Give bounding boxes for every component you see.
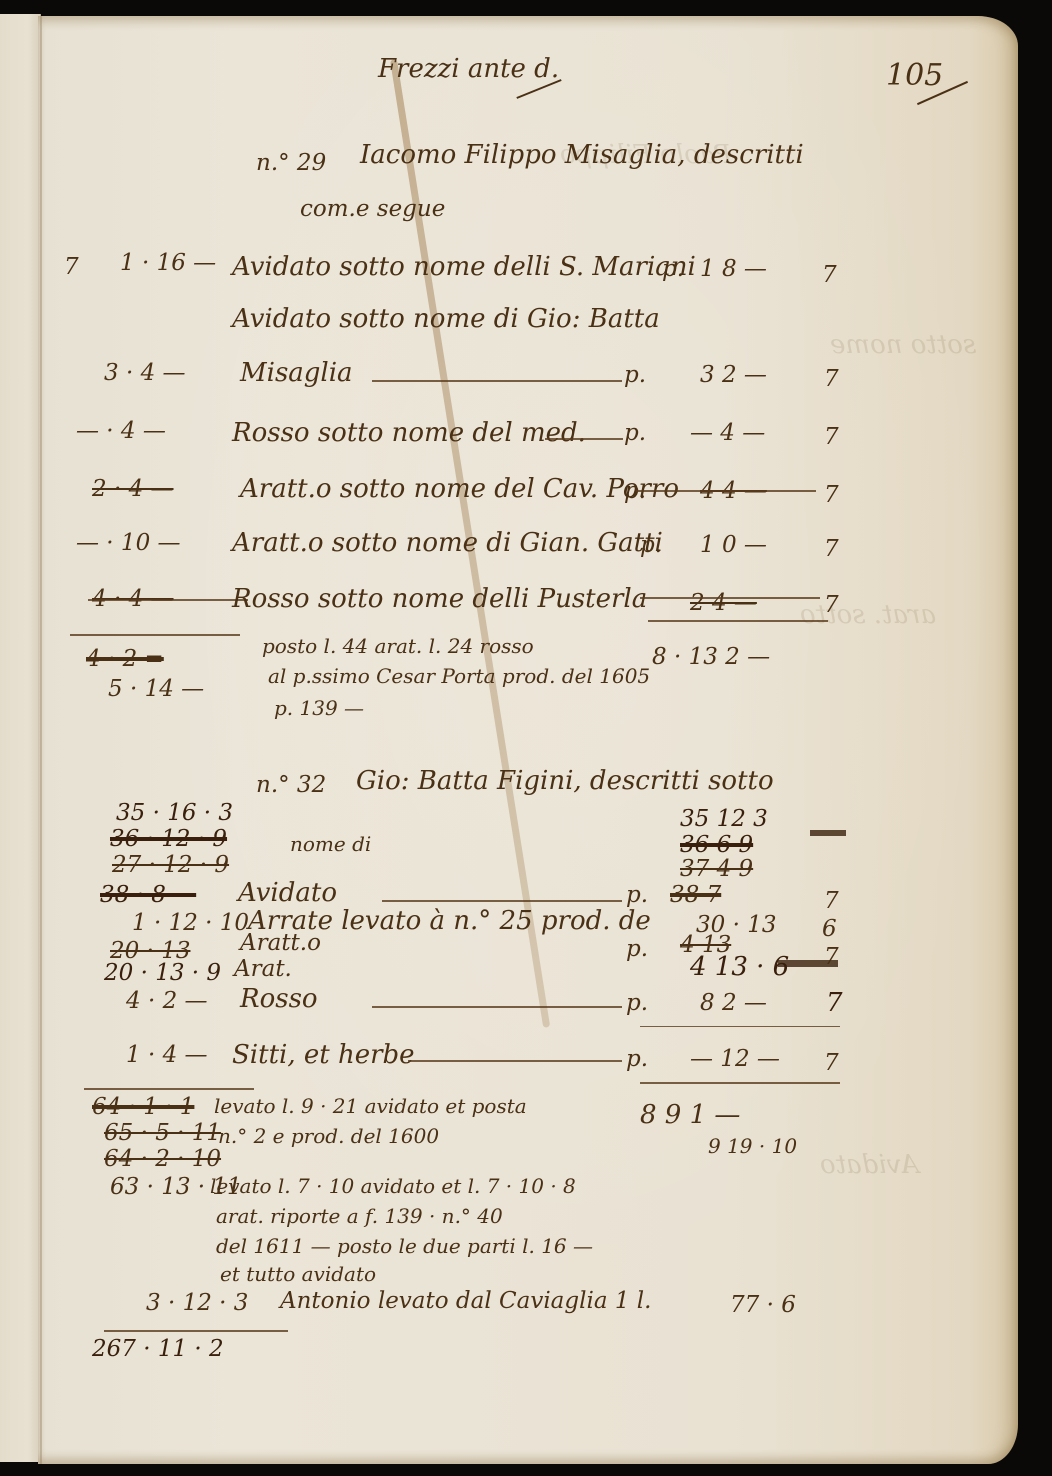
note-line: n.° 2 e prod. del 1600 (218, 1124, 439, 1148)
running-total-struck: 37 4 9 (680, 856, 753, 882)
right-amount: 77 · 6 (730, 1292, 796, 1318)
strike-rule (636, 490, 816, 492)
line-description: Antonio levato dal Caviaglia 1 l. (280, 1288, 651, 1314)
fill-rule (545, 438, 623, 440)
page-ref: p. (624, 362, 646, 388)
right-amount: — 12 — (690, 1046, 780, 1072)
account-holder: Iacomo Filippo Misaglia, descritti (360, 140, 804, 170)
running-total: 35 12 3 (680, 806, 768, 832)
bleed-through-text: Avidato (820, 1150, 919, 1180)
strike-rule (640, 597, 820, 599)
page-ref: p. (626, 990, 648, 1016)
line-description: Rosso sotto nome del med. (232, 418, 586, 448)
note-line: levato l. 9 · 21 avidato et posta (214, 1094, 527, 1118)
line-description: Avidato (238, 878, 337, 908)
account-subtitle: nome di (290, 832, 371, 856)
left-amount: 3 · 12 · 3 (146, 1290, 248, 1316)
tick-mark: 7 (824, 592, 839, 618)
total-rule (640, 1026, 840, 1027)
tick-mark: 7 (824, 424, 839, 450)
fill-rule (372, 380, 622, 382)
right-amount: 4 13 · 6 (690, 952, 789, 982)
line-description: Avidato sotto nome delli S. Mariani (232, 252, 696, 282)
fill-rule (408, 1060, 622, 1062)
subtotal-struck: 4 · 2 = (86, 646, 164, 672)
fill-rule (382, 900, 622, 902)
left-amount: 1 · 4 — (126, 1042, 208, 1068)
levato-amount: 8 9 1 — (640, 1100, 740, 1130)
page-ref: p. (626, 1046, 648, 1072)
tick-mark: 7 (824, 944, 839, 970)
left-amount: — · 10 — (76, 530, 181, 556)
left-amount: — · 4 — (76, 418, 166, 444)
levato-amount-2: 9 19 · 10 (708, 1134, 797, 1158)
tick-mark: 7 (824, 366, 839, 392)
right-amount: 8 2 — (700, 990, 767, 1016)
line-description: Rosso (240, 984, 318, 1014)
page-ref: p. (640, 532, 662, 558)
left-amount: 1 · 12 · 10 (132, 910, 249, 936)
left-amount: 3 · 4 — (104, 360, 186, 386)
line-description: Misaglia (240, 358, 353, 388)
margin-mark: 7 (64, 254, 79, 280)
tick-mark: 7 (824, 482, 839, 508)
left-amount: 4 · 2 — (126, 988, 208, 1014)
left-amount: 1 · 16 — (120, 250, 216, 276)
tick-mark: 7 (824, 536, 839, 562)
right-amount: 1 0 — (700, 532, 767, 558)
account-number: n.° 32 (256, 772, 326, 798)
account-holder: Gio: Batta Figini, descritti sotto (356, 766, 774, 796)
bleed-through-text: sotto nome (830, 330, 976, 360)
line-description: Aratt.o sotto nome di Gian. Gatti (232, 528, 663, 558)
note-line: et tutto avidato (220, 1262, 376, 1286)
previous-page-edge (0, 14, 41, 1462)
note-line: arat. riporte a f. 139 · n.° 40 (216, 1204, 503, 1228)
total-rule (104, 1330, 288, 1332)
total-rule (640, 1082, 840, 1084)
right-amount: 3 2 — (700, 362, 767, 388)
running-total-struck: 36 · 12 · 9 (110, 826, 227, 852)
line-description: Aratt.o (240, 930, 321, 956)
right-amount: — 4 — (690, 420, 765, 446)
total-rule (70, 634, 240, 636)
note-line: al p.ssimo Cesar Porta prod. del 1605 (268, 664, 650, 688)
note-line: levato l. 7 · 10 avidato et l. 7 · 10 · … (210, 1174, 576, 1198)
note-amount: 8 · 13 2 — (652, 644, 770, 670)
right-amount: 1 8 — (700, 256, 767, 282)
sub-left-struck: 65 · 5 · 11 (104, 1120, 221, 1146)
running-total: 35 · 16 · 3 (116, 800, 233, 826)
folio-number: 105 (886, 58, 943, 93)
account-subtitle: com.e segue (300, 196, 445, 222)
tick-mark: 7 (824, 1050, 839, 1076)
note-line: posto l. 44 arat. l. 24 rosso (262, 634, 534, 658)
running-total-struck: 27 · 12 · 9 (112, 852, 229, 878)
page-ref: p. (626, 882, 648, 908)
running-total-struck: 36 6 9 (680, 832, 753, 858)
page-ref: p. (662, 256, 684, 282)
note-line: del 1611 — posto le due parti l. 16 — (216, 1234, 593, 1258)
fill-rule (372, 1006, 622, 1008)
tick-mark: 7 (826, 988, 843, 1018)
account-number: n.° 29 (256, 150, 326, 176)
page-ref: p. (624, 420, 646, 446)
right-amount: 2 4 — (690, 590, 757, 616)
tick-mark: 6 (822, 916, 837, 942)
line-description: Avidato sotto nome di Gio: Batta (232, 304, 660, 334)
subtotal: 5 · 14 — (108, 676, 204, 702)
grand-total: 267 · 11 · 2 (92, 1336, 224, 1362)
left-amount: 2 · 4 — (92, 476, 174, 502)
right-amount: 38 7 (670, 882, 721, 908)
left-amount: 20 · 13 · 9 (104, 960, 221, 986)
sub-left-struck: 64 · 2 · 10 (104, 1146, 221, 1172)
tick-mark: 7 (824, 888, 839, 914)
page-ref: p. (626, 936, 648, 962)
strike-rule (88, 599, 248, 601)
line-description: Rosso sotto nome delli Pusterla (232, 584, 647, 614)
left-amount: 38 · 8 — (100, 882, 196, 908)
total-rule (648, 620, 828, 622)
binding-gutter (40, 16, 42, 1464)
line-description: Sitti, et herbe (232, 1040, 415, 1070)
page-heading: Frezzi ante d. (378, 54, 559, 84)
note-line: p. 139 — (274, 696, 364, 720)
ink-mark (810, 830, 846, 836)
total-rule (84, 1088, 254, 1090)
sub-left-struck: 64 · 1 · 1 (92, 1094, 194, 1120)
tick-mark: 7 (822, 262, 837, 288)
line-description: Arat. (234, 956, 292, 982)
bleed-through-text: arat. sotto (800, 600, 936, 630)
line-description: Aratt.o sotto nome del Cav. Porro (240, 474, 679, 504)
